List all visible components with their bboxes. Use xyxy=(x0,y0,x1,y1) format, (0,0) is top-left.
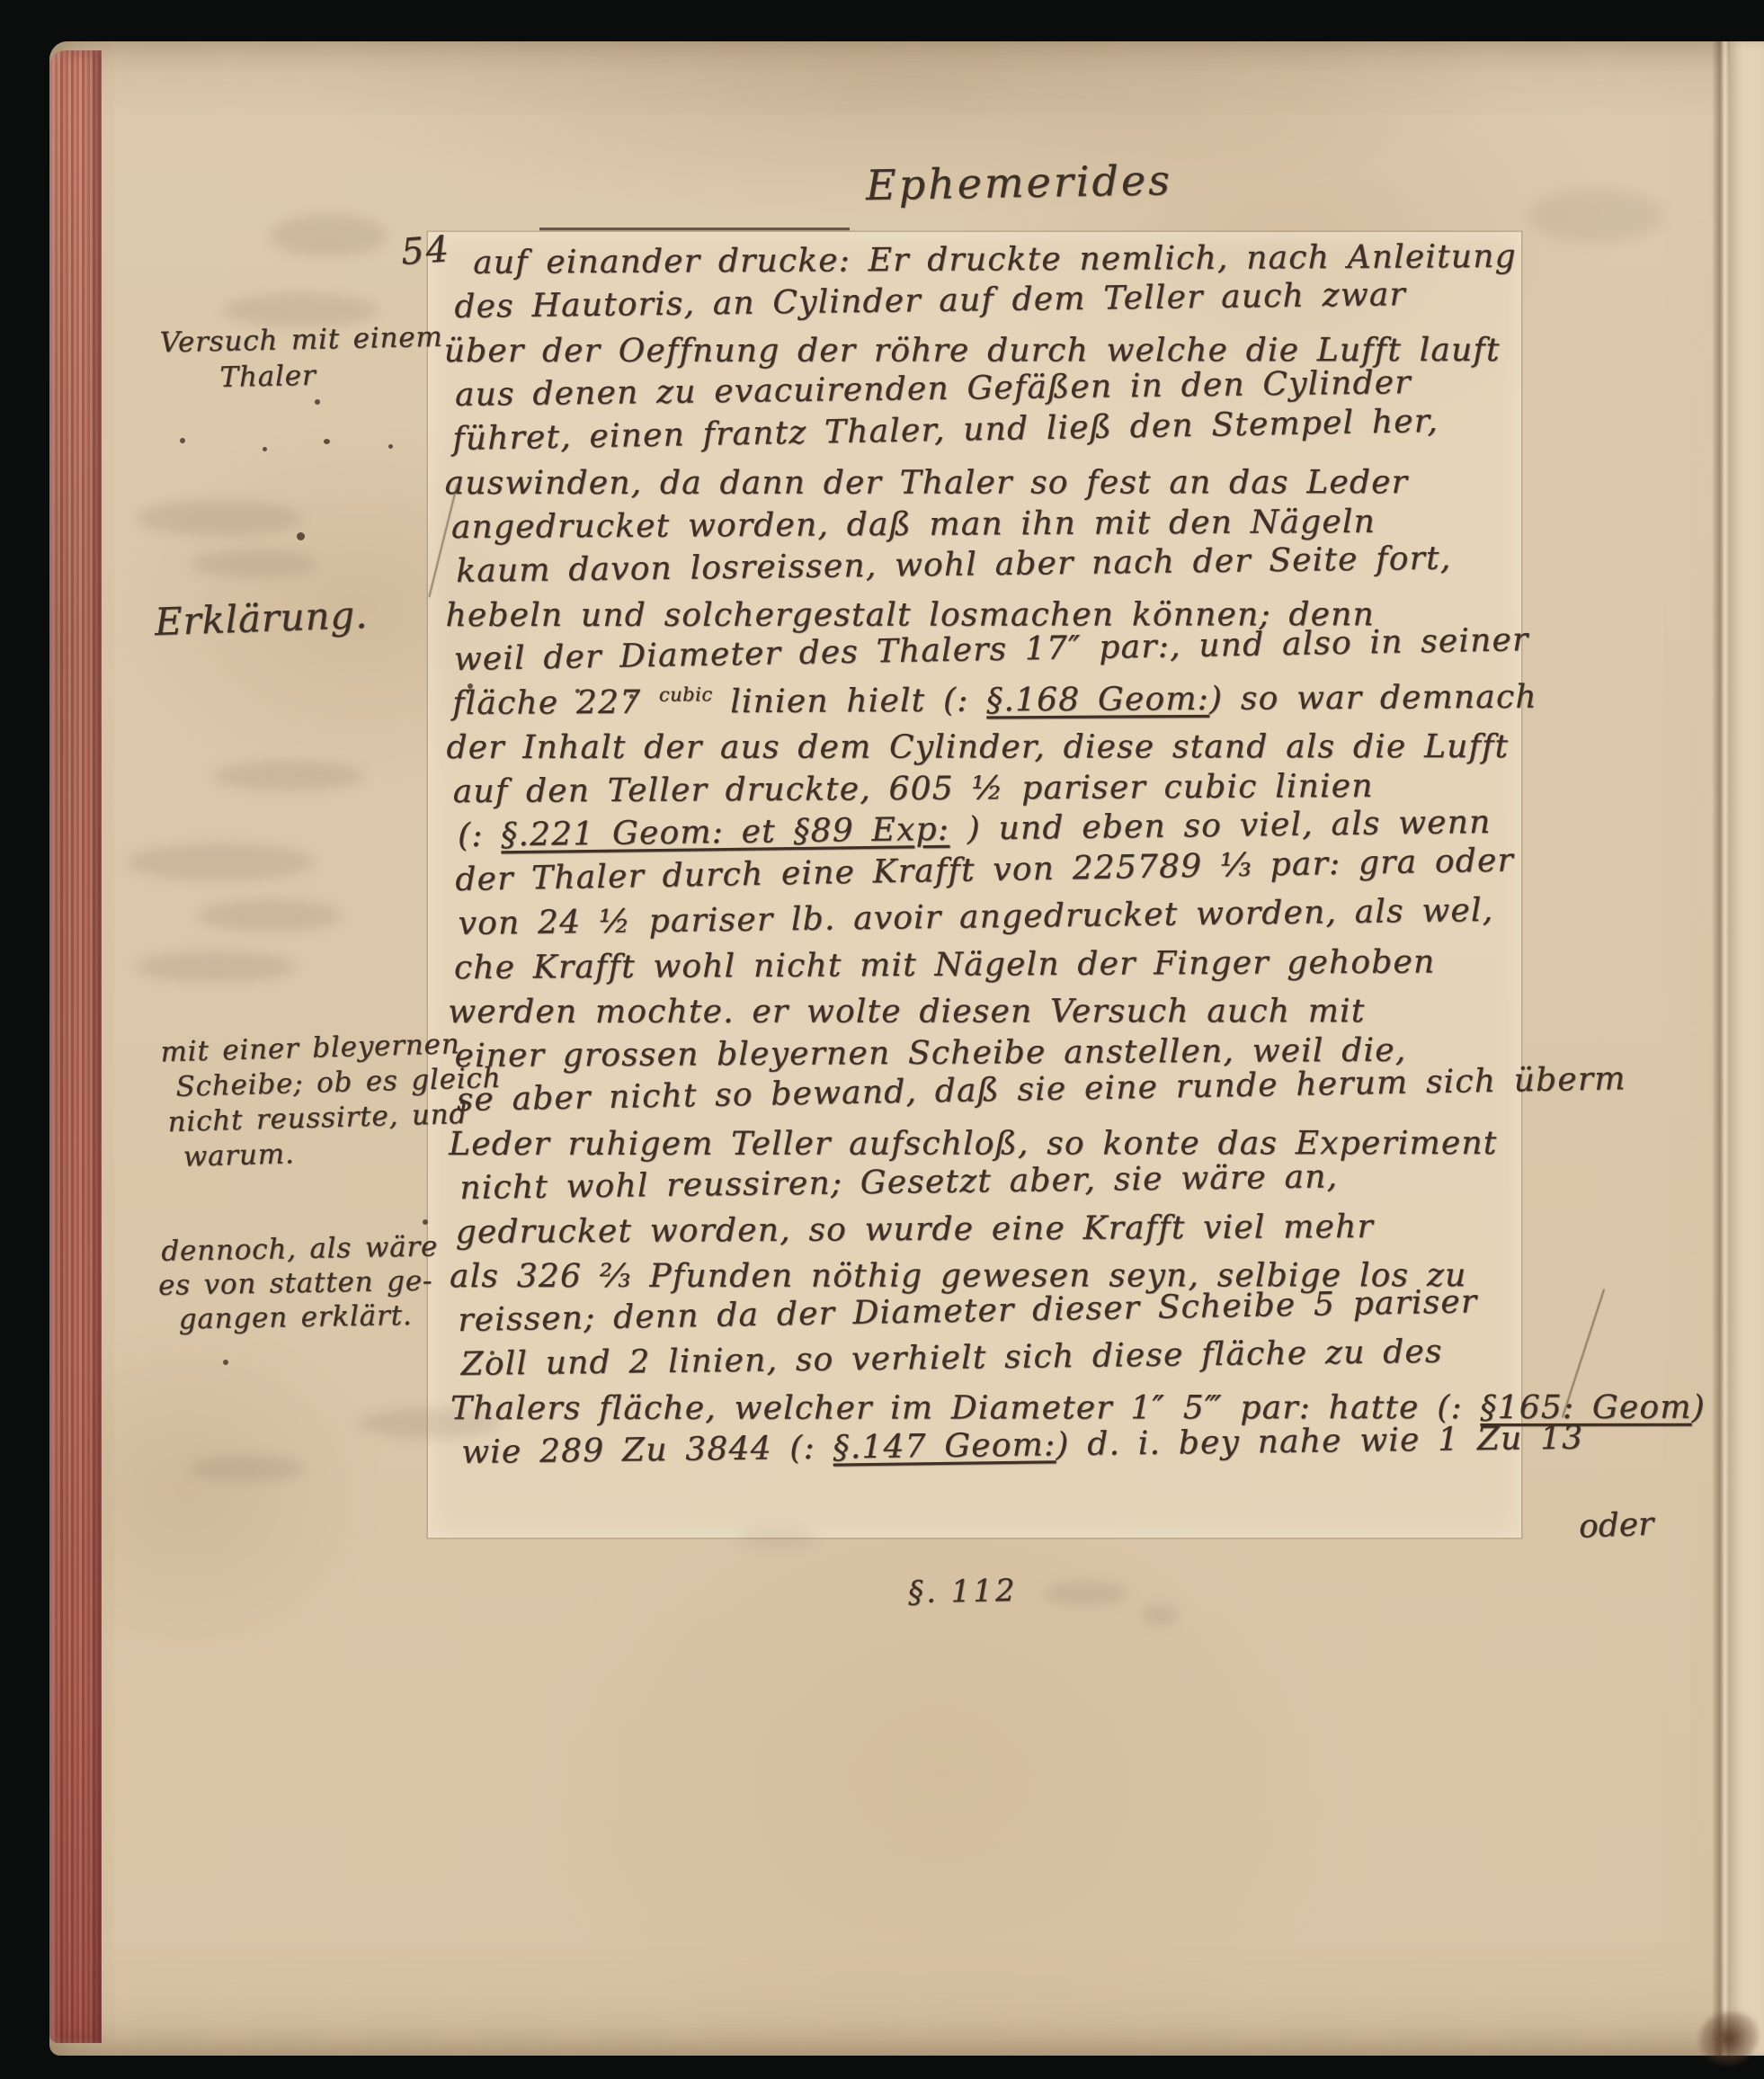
ink-bleedthrough-blot xyxy=(126,843,315,881)
page-crease xyxy=(1712,41,1730,2056)
manuscript-text: Leder ruhigem Teller aufschloß, so konte… xyxy=(449,1125,1497,1163)
manuscript-text: wie 289 Zu 3844 (: xyxy=(461,1430,833,1471)
manuscript-body: auf einander drucke: Er druckte nemlich,… xyxy=(450,236,1712,1478)
manuscript-text: cubic xyxy=(659,683,713,705)
ink-bleedthrough-blot xyxy=(212,761,365,791)
manuscript-text: (: xyxy=(458,816,502,854)
manuscript-text: über der Oeffnung der röhre durch welche… xyxy=(444,332,1501,370)
manuscript-text: angedrucket worden, daß man ihn mit den … xyxy=(451,504,1376,546)
margin-note-versuch: Versuch mit einem Thaler xyxy=(159,319,444,397)
section-mark: §. 112 xyxy=(908,1573,1018,1611)
margin-note-scheibe: mit einer bleyernen Scheibe; ob es gleic… xyxy=(160,1026,503,1175)
ink-speck xyxy=(490,1351,494,1355)
manuscript-line: werden mochte. er wolte diesen Versuch a… xyxy=(448,993,1703,1038)
ink-speck xyxy=(468,683,473,689)
ink-speck xyxy=(388,444,393,449)
manuscript-text: ) d. i. bey nahe wie 1 Zu 13 xyxy=(1056,1420,1584,1464)
ink-bleedthrough-blot xyxy=(358,1408,502,1439)
header-rule xyxy=(539,228,850,230)
margin-note-line: es von statten ge- xyxy=(158,1263,439,1302)
ink-bleedthrough-blot xyxy=(135,951,297,982)
ink-bleedthrough-blot xyxy=(198,899,342,932)
ink-speck xyxy=(180,438,185,443)
manuscript-line: gedrucket worden, so wurde eine Krafft v… xyxy=(456,1206,1711,1258)
binding-stain xyxy=(1699,2012,1759,2065)
manuscript-line: auswinden, da dann der Thaler so fest an… xyxy=(445,464,1700,509)
ink-speck xyxy=(423,1219,428,1225)
section-reference: §.221 Geom: et §89 Exp: xyxy=(501,811,949,854)
catchword: oder xyxy=(1578,1506,1654,1546)
ink-speck xyxy=(575,689,580,693)
ink-speck xyxy=(324,439,330,444)
manuscript-line: che Krafft wohl nicht mit Nägeln der Fin… xyxy=(454,941,1709,994)
manuscript-text: auf einander drucke: Er druckte nemlich,… xyxy=(473,238,1517,281)
margin-note-line: Thaler xyxy=(219,355,444,396)
manuscript-text: auswinden, da dann der Thaler so fest an… xyxy=(445,464,1408,502)
ink-bleedthrough-blot xyxy=(221,293,379,327)
margin-note-line: Erklärung. xyxy=(154,597,368,640)
ink-bleedthrough-blot xyxy=(135,500,302,536)
page-number: 54 xyxy=(399,228,451,273)
margin-note-erklaerung: Erklärung. xyxy=(154,597,368,640)
manuscript-text: fläche 227 xyxy=(452,684,659,722)
ink-speck xyxy=(297,532,305,540)
ink-speck xyxy=(629,694,634,699)
margin-note-line: gangen erklärt. xyxy=(178,1298,439,1336)
ink-bleedthrough-blot xyxy=(270,214,387,257)
manuscript-line: der Inhalt der aus dem Cylinder, diese s… xyxy=(446,728,1701,773)
ink-speck xyxy=(263,447,267,451)
manuscript-text: auf den Teller druckte, 605 ½ pariser cu… xyxy=(453,768,1374,810)
page-title: Ephemerides xyxy=(866,156,1173,210)
section-reference: §.147 Geom: xyxy=(833,1426,1056,1466)
margin-note-line: dennoch, als wäre xyxy=(161,1229,438,1268)
margin-note-dennoch: dennoch, als wäre es von statten ge- gan… xyxy=(161,1229,440,1336)
ink-bleedthrough-blot xyxy=(1140,1604,1180,1626)
manuscript-text: che Krafft wohl nicht mit Nägeln der Fin… xyxy=(454,943,1436,986)
ink-bleedthrough-blot xyxy=(1528,189,1663,243)
manuscript-text: werden mochte. er wolte diesen Versuch a… xyxy=(448,993,1365,1031)
manuscript-text: gedrucket worden, so wurde eine Krafft v… xyxy=(456,1209,1374,1251)
section-reference: §.168 Geom: xyxy=(986,681,1209,719)
next-page-edge xyxy=(1730,41,1764,2056)
ink-bleedthrough-blot xyxy=(191,550,316,577)
manuscript-line: fläche 227 cubic linien hielt (: §.168 G… xyxy=(452,677,1707,729)
manuscript-scan: Ephemerides 54 auf einander drucke: Er d… xyxy=(0,0,1764,2079)
manuscript-text: ) und eben so viel, als wenn xyxy=(949,804,1492,848)
manuscript-text: der Inhalt der aus dem Cylinder, diese s… xyxy=(446,728,1509,766)
manuscript-text: linien hielt (: xyxy=(712,682,986,720)
ink-bleedthrough-blot xyxy=(189,1455,306,1482)
ink-bleedthrough-blot xyxy=(1043,1581,1129,1606)
manuscript-text: ) so war demnach xyxy=(1209,679,1537,718)
ink-bleedthrough-blot xyxy=(737,1527,818,1550)
manuscript-text: Thalers fläche, welcher im Diameter 1″ 5… xyxy=(450,1389,1481,1427)
ink-speck xyxy=(223,1360,228,1365)
ink-speck xyxy=(315,399,320,405)
book-red-fore-edge xyxy=(49,50,102,2043)
